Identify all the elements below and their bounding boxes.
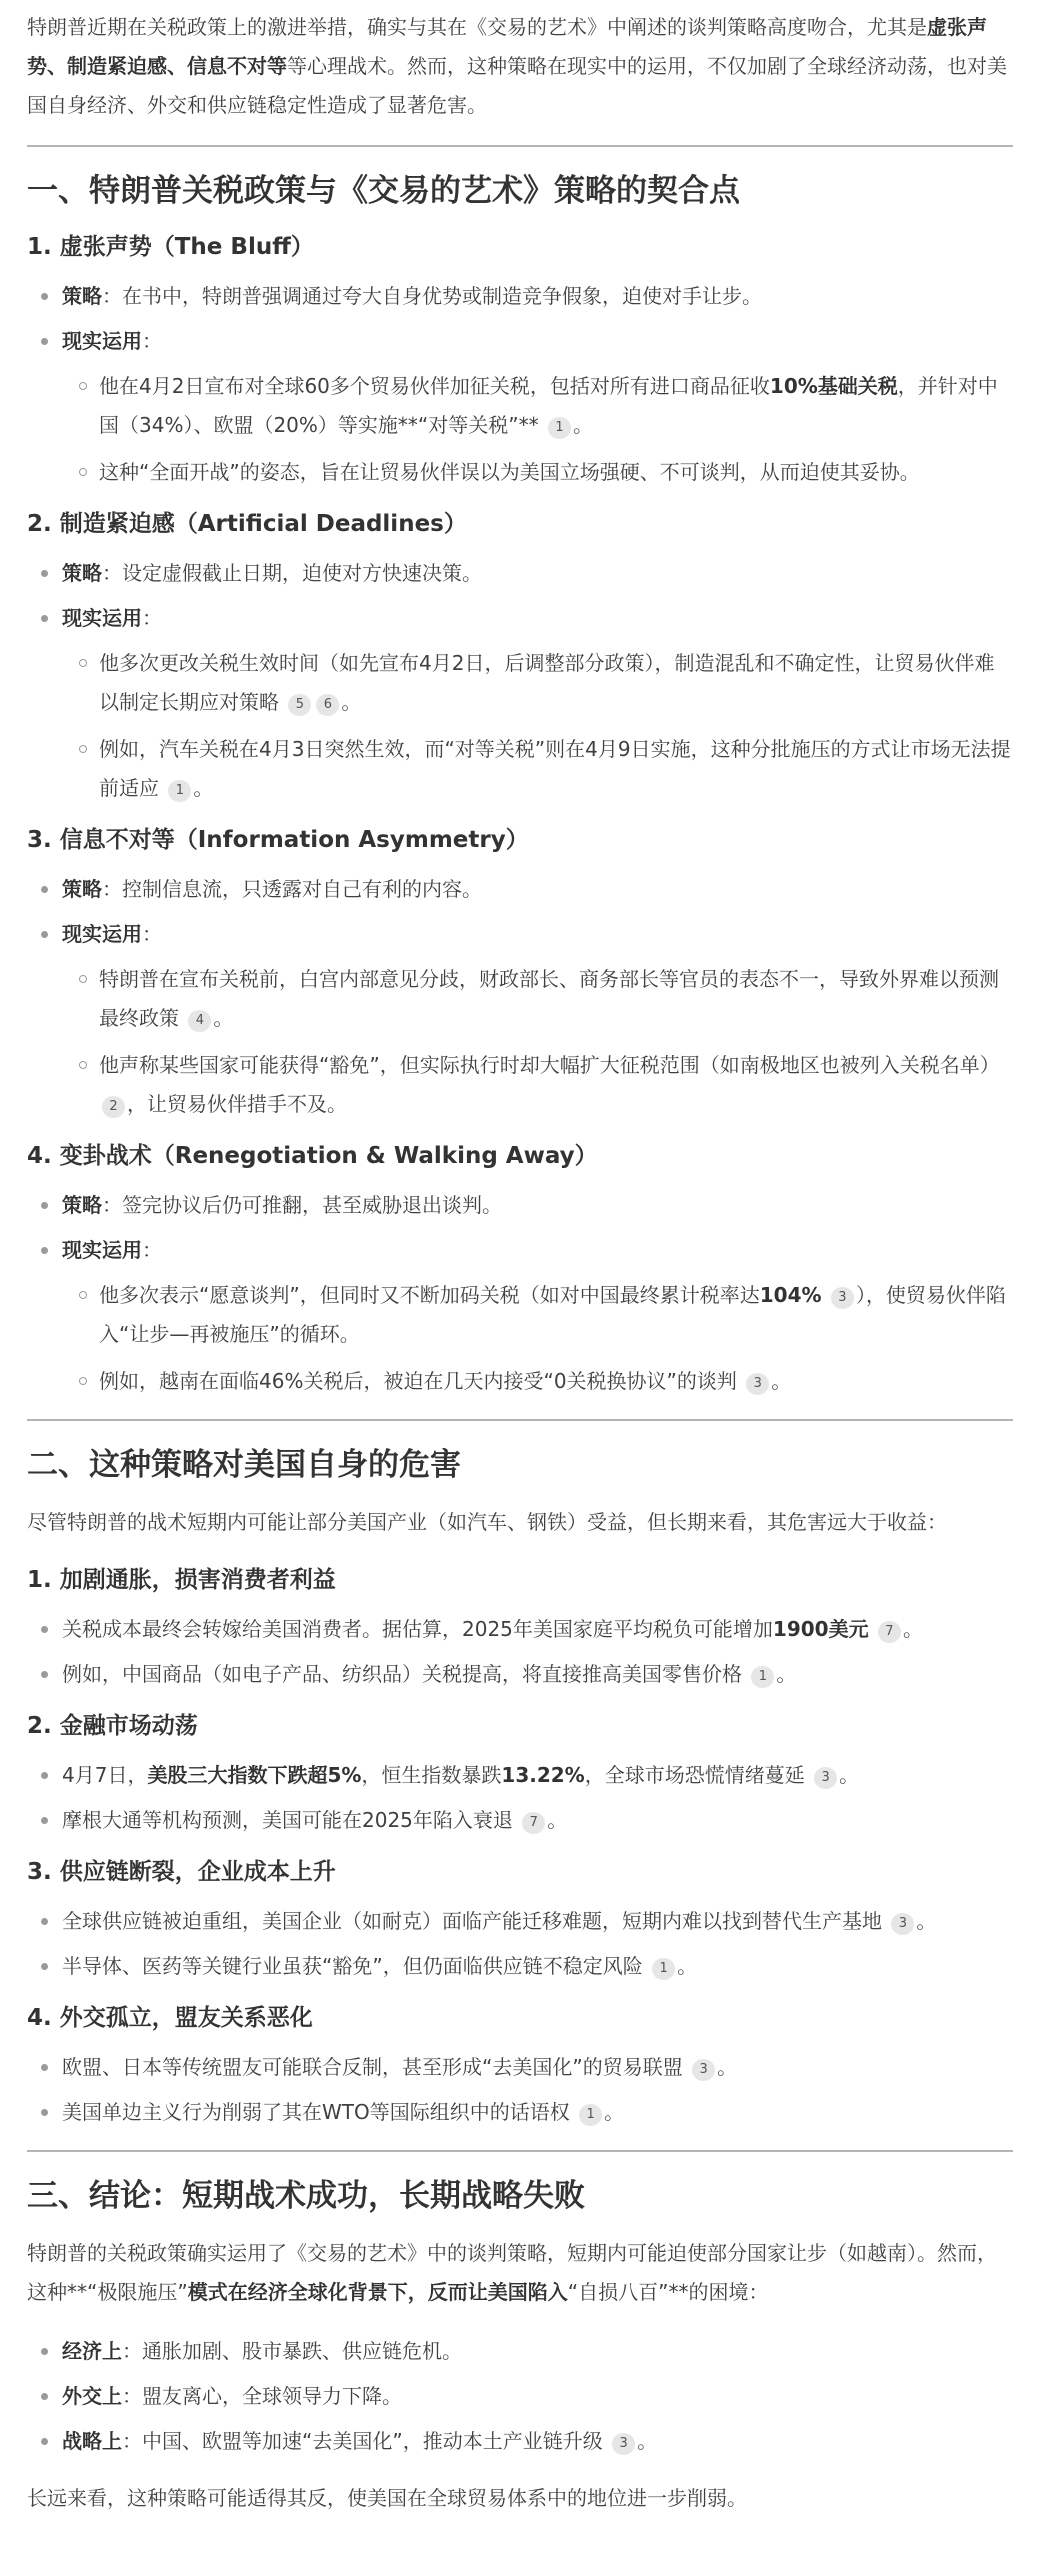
- text: 全球供应链被迫重组，美国企业（如耐克）面临产能迁移难题，短期内难以找到替代生产基…: [62, 1909, 888, 1933]
- practice-example: 他声称某些国家可能获得“豁免”，但实际执行时却大幅扩大征税范围（如南极地区也被列…: [62, 1046, 1013, 1124]
- text: 例如，中国商品（如电子产品、纺织品）关税提高，将直接推高美国零售价格: [62, 1662, 748, 1686]
- citation-badge[interactable]: 3: [814, 1767, 837, 1789]
- practice-label: 现实运用: [62, 606, 142, 630]
- list-item: 外交上：盟友离心，全球领导力下降。: [27, 2377, 1013, 2416]
- practice-label: 现实运用: [62, 1238, 142, 1262]
- text: 欧盟、日本等传统盟友可能联合反制，甚至形成“去美国化”的贸易联盟: [62, 2055, 689, 2079]
- citation-badge[interactable]: 1: [168, 780, 191, 802]
- section-harms: 二、这种策略对美国自身的危害 尽管特朗普的战术短期内可能让部分美国产业（如汽车、…: [27, 1443, 1013, 2132]
- text: 摩根大通等机构预测，美国可能在2025年陷入衰退: [62, 1808, 519, 1832]
- text: 。: [916, 1909, 936, 1933]
- text: ，让贸易伙伴措手不及。: [127, 1092, 347, 1116]
- subsection-diplomatic-isolation: 4. 外交孤立，盟友关系恶化 欧盟、日本等传统盟友可能联合反制，甚至形成“去美国…: [27, 2000, 1013, 2132]
- text: 例如，汽车关税在4月3日突然生效，而“对等关税”则在4月9日实施，这种分批施压的…: [99, 737, 1011, 800]
- text: 。: [717, 2055, 737, 2079]
- list-item: 美国单边主义行为削弱了其在WTO等国际组织中的话语权 1。: [27, 2093, 1013, 2132]
- text: ，全球市场恐慌情绪蔓延: [585, 1763, 811, 1787]
- subsection-information-asymmetry: 3. 信息不对等（Information Asymmetry） 策略：控制信息流…: [27, 822, 1013, 1124]
- list-item: 战略上：中国、欧盟等加速“去美国化”，推动本土产业链升级 3。: [27, 2422, 1013, 2461]
- citation-badge[interactable]: 2: [102, 1096, 125, 1118]
- subsection-title: 1. 加剧通胀，损害消费者利益: [27, 1562, 1013, 1598]
- text: 他多次表示“愿意谈判”，但同时又不断加码关税（如对中国最终累计税率达: [99, 1283, 760, 1307]
- bold-text: 104%: [760, 1283, 822, 1307]
- bold-text: 美股三大指数下跌超5%: [147, 1763, 361, 1787]
- citation-badge[interactable]: 6: [316, 694, 339, 716]
- text: “自损八百”**的困境：: [568, 2280, 769, 2304]
- section-title: 三、结论：短期战术成功，长期战略失败: [27, 2174, 1013, 2218]
- subsection-renegotiation: 4. 变卦战术（Renegotiation & Walking Away） 策略…: [27, 1138, 1013, 1401]
- text: 。: [903, 1617, 923, 1641]
- text: 特朗普在宣布关税前，白宫内部意见分歧，财政部长、商务部长等官员的表态不一，导致外…: [99, 967, 999, 1030]
- list-item: 摩根大通等机构预测，美国可能在2025年陷入衰退 7。: [27, 1801, 1013, 1840]
- intro-paragraph: 特朗普近期在关税政策上的激进举措，确实与其在《交易的艺术》中阐述的谈判策略高度吻…: [27, 8, 1013, 125]
- text: 。: [637, 2429, 657, 2453]
- bold-text: 10%基础关税: [770, 374, 898, 398]
- practice-example: 他多次表示“愿意谈判”，但同时又不断加码关税（如对中国最终累计税率达104% 3…: [62, 1276, 1013, 1354]
- text: 。: [771, 1369, 791, 1393]
- section-title: 一、特朗普关税政策与《交易的艺术》策略的契合点: [27, 169, 1013, 213]
- section-lead: 尽管特朗普的战术短期内可能让部分美国产业（如汽车、钢铁）受益，但长期来看，其危害…: [27, 1503, 1013, 1542]
- text: [869, 1617, 875, 1641]
- article: 特朗普近期在关税政策上的激进举措，确实与其在《交易的艺术》中阐述的谈判策略高度吻…: [0, 0, 1049, 2532]
- strategy-label: 策略: [62, 561, 102, 585]
- citation-badge[interactable]: 5: [288, 694, 311, 716]
- subsection-artificial-deadlines: 2. 制造紧迫感（Artificial Deadlines） 策略：设定虚假截止…: [27, 506, 1013, 808]
- citation-badge[interactable]: 1: [751, 1666, 774, 1688]
- strategy-label: 策略: [62, 284, 102, 308]
- practice-example: 他多次更改关税生效时间（如先宣布4月2日，后调整部分政策），制造混乱和不确定性，…: [62, 644, 1013, 722]
- text: [822, 1283, 828, 1307]
- practice-item: 现实运用： 特朗普在宣布关税前，白宫内部意见分歧，财政部长、商务部长等官员的表态…: [27, 915, 1013, 1124]
- text: 他声称某些国家可能获得“豁免”，但实际执行时却大幅扩大征税范围（如南极地区也被列…: [99, 1053, 1000, 1077]
- citation-badge[interactable]: 1: [548, 417, 571, 439]
- practice-item: 现实运用： 他在4月2日宣布对全球60多个贸易伙伴加征关税，包括对所有进口商品征…: [27, 322, 1013, 492]
- text: 美国单边主义行为削弱了其在WTO等国际组织中的话语权: [62, 2100, 576, 2124]
- subsection-title: 4. 变卦战术（Renegotiation & Walking Away）: [27, 1138, 1013, 1174]
- strategy-text: ：签完协议后仍可推翻，甚至威胁退出谈判。: [102, 1193, 502, 1217]
- practice-label: 现实运用: [62, 329, 142, 353]
- citation-badge[interactable]: 3: [746, 1373, 769, 1395]
- list-item: 全球供应链被迫重组，美国企业（如耐克）面临产能迁移难题，短期内难以找到替代生产基…: [27, 1902, 1013, 1941]
- conclusion-lead: 特朗普的关税政策确实运用了《交易的艺术》中的谈判策略，短期内可能迫使部分国家让步…: [27, 2234, 1013, 2312]
- text: 他多次更改关税生效时间（如先宣布4月2日，后调整部分政策），制造混乱和不确定性，…: [99, 651, 994, 714]
- subsection-title: 4. 外交孤立，盟友关系恶化: [27, 2000, 1013, 2036]
- practice-example: 例如，越南在面临46%关税后，被迫在几天内接受“0关税换协议”的谈判 3。: [62, 1362, 1013, 1401]
- text: 特朗普近期在关税政策上的激进举措，确实与其在《交易的艺术》中阐述的谈判策略高度吻…: [27, 15, 927, 39]
- colon: ：: [142, 1238, 162, 1262]
- citation-badge[interactable]: 3: [612, 2433, 635, 2455]
- text: 。: [839, 1763, 859, 1787]
- strategy-label: 策略: [62, 1193, 102, 1217]
- list-item: 4月7日，美股三大指数下跌超5%，恒生指数暴跌13.22%，全球市场恐慌情绪蔓延…: [27, 1756, 1013, 1795]
- bold-text: 13.22%: [501, 1763, 584, 1787]
- strategy-item: 策略：设定虚假截止日期，迫使对方快速决策。: [27, 554, 1013, 593]
- strategy-text: ：在书中，特朗普强调通过夸大自身优势或制造竞争假象，迫使对手让步。: [102, 284, 762, 308]
- colon: ：: [142, 606, 162, 630]
- citation-badge[interactable]: 3: [692, 2059, 715, 2081]
- colon: ：: [142, 922, 162, 946]
- practice-example: 这种“全面开战”的姿态，旨在让贸易伙伴误以为美国立场强硬、不可谈判，从而迫使其妥…: [62, 453, 1013, 492]
- practice-example: 他在4月2日宣布对全球60多个贸易伙伴加征关税，包括对所有进口商品征收10%基础…: [62, 367, 1013, 445]
- text: 。: [573, 413, 593, 437]
- section-divider: [27, 1419, 1013, 1421]
- text: 。: [776, 1662, 796, 1686]
- bold-text: 经济上: [62, 2339, 122, 2363]
- practice-example: 特朗普在宣布关税前，白宫内部意见分歧，财政部长、商务部长等官员的表态不一，导致外…: [62, 960, 1013, 1038]
- strategy-item: 策略：控制信息流，只透露对自己有利的内容。: [27, 870, 1013, 909]
- text: ：盟友离心，全球领导力下降。: [122, 2384, 402, 2408]
- subsection-bluff: 1. 虚张声势（The Bluff） 策略：在书中，特朗普强调通过夸大自身优势或…: [27, 229, 1013, 492]
- closing-paragraph: 长远来看，这种策略可能适得其反，使美国在全球贸易体系中的地位进一步削弱。: [27, 2479, 1013, 2518]
- text: 他在4月2日宣布对全球60多个贸易伙伴加征关税，包括对所有进口商品征收: [99, 374, 770, 398]
- citation-badge[interactable]: 7: [878, 1621, 901, 1643]
- citation-badge[interactable]: 4: [188, 1010, 211, 1032]
- text: ：中国、欧盟等加速“去美国化”，推动本土产业链升级: [122, 2429, 609, 2453]
- text: 4月7日，: [62, 1763, 147, 1787]
- text: 这种“全面开战”的姿态，旨在让贸易伙伴误以为美国立场强硬、不可谈判，从而迫使其妥…: [99, 460, 920, 484]
- practice-label: 现实运用: [62, 922, 142, 946]
- section-conclusion: 三、结论：短期战术成功，长期战略失败 特朗普的关税政策确实运用了《交易的艺术》中…: [27, 2174, 1013, 2518]
- bold-text: 外交上: [62, 2384, 122, 2408]
- list-item: 经济上：通胀加剧、股市暴跌、供应链危机。: [27, 2332, 1013, 2371]
- strategy-item: 策略：在书中，特朗普强调通过夸大自身优势或制造竞争假象，迫使对手让步。: [27, 277, 1013, 316]
- bold-text: 1900美元: [773, 1617, 869, 1641]
- text: ：通胀加剧、股市暴跌、供应链危机。: [122, 2339, 462, 2363]
- colon: ：: [142, 329, 162, 353]
- text: 。: [213, 1006, 233, 1030]
- text: 。: [547, 1808, 567, 1832]
- strategy-text: ：设定虚假截止日期，迫使对方快速决策。: [102, 561, 482, 585]
- practice-item: 现实运用： 他多次更改关税生效时间（如先宣布4月2日，后调整部分政策），制造混乱…: [27, 599, 1013, 808]
- text: 。: [677, 1954, 697, 1978]
- subsection-inflation: 1. 加剧通胀，损害消费者利益 关税成本最终会转嫁给美国消费者。据估算，2025…: [27, 1562, 1013, 1694]
- text: 半导体、医药等关键行业虽获“豁免”，但仍面临供应链不稳定风险: [62, 1954, 649, 1978]
- bold-text: 战略上: [62, 2429, 122, 2453]
- subsection-title: 2. 金融市场动荡: [27, 1708, 1013, 1744]
- subsection-title: 2. 制造紧迫感（Artificial Deadlines）: [27, 506, 1013, 542]
- text: 。: [604, 2100, 624, 2124]
- subsection-title: 3. 信息不对等（Information Asymmetry）: [27, 822, 1013, 858]
- text: 。: [193, 776, 213, 800]
- text: 。: [341, 690, 361, 714]
- subsection-title: 3. 供应链断裂，企业成本上升: [27, 1854, 1013, 1890]
- list-item: 关税成本最终会转嫁给美国消费者。据估算，2025年美国家庭平均税负可能增加190…: [27, 1610, 1013, 1649]
- subsection-title: 1. 虚张声势（The Bluff）: [27, 229, 1013, 265]
- section-strategy-alignment: 一、特朗普关税政策与《交易的艺术》策略的契合点 1. 虚张声势（The Bluf…: [27, 169, 1013, 1401]
- citation-badge[interactable]: 3: [831, 1287, 854, 1309]
- citation-badge[interactable]: 3: [891, 1913, 914, 1935]
- practice-example: 例如，汽车关税在4月3日突然生效，而“对等关税”则在4月9日实施，这种分批施压的…: [62, 730, 1013, 808]
- text: ，恒生指数暴跌: [361, 1763, 501, 1787]
- text: 关税成本最终会转嫁给美国消费者。据估算，2025年美国家庭平均税负可能增加: [62, 1617, 773, 1641]
- strategy-text: ：控制信息流，只透露对自己有利的内容。: [102, 877, 482, 901]
- subsection-supply-chain: 3. 供应链断裂，企业成本上升 全球供应链被迫重组，美国企业（如耐克）面临产能迁…: [27, 1854, 1013, 1986]
- citation-badge[interactable]: 1: [652, 1958, 675, 1980]
- bold-text: 模式在经济全球化背景下，反而让美国陷入: [188, 2280, 568, 2304]
- subsection-financial-turmoil: 2. 金融市场动荡 4月7日，美股三大指数下跌超5%，恒生指数暴跌13.22%，…: [27, 1708, 1013, 1840]
- section-divider: [27, 145, 1013, 147]
- practice-item: 现实运用： 他多次表示“愿意谈判”，但同时又不断加码关税（如对中国最终累计税率达…: [27, 1231, 1013, 1401]
- citation-badge[interactable]: 7: [522, 1812, 545, 1834]
- list-item: 半导体、医药等关键行业虽获“豁免”，但仍面临供应链不稳定风险 1。: [27, 1947, 1013, 1986]
- strategy-item: 策略：签完协议后仍可推翻，甚至威胁退出谈判。: [27, 1186, 1013, 1225]
- citation-badge[interactable]: 1: [579, 2104, 602, 2126]
- section-divider: [27, 2150, 1013, 2152]
- list-item: 例如，中国商品（如电子产品、纺织品）关税提高，将直接推高美国零售价格 1。: [27, 1655, 1013, 1694]
- list-item: 欧盟、日本等传统盟友可能联合反制，甚至形成“去美国化”的贸易联盟 3。: [27, 2048, 1013, 2087]
- strategy-label: 策略: [62, 877, 102, 901]
- section-title: 二、这种策略对美国自身的危害: [27, 1443, 1013, 1487]
- text: 例如，越南在面临46%关税后，被迫在几天内接受“0关税换协议”的谈判: [99, 1369, 743, 1393]
